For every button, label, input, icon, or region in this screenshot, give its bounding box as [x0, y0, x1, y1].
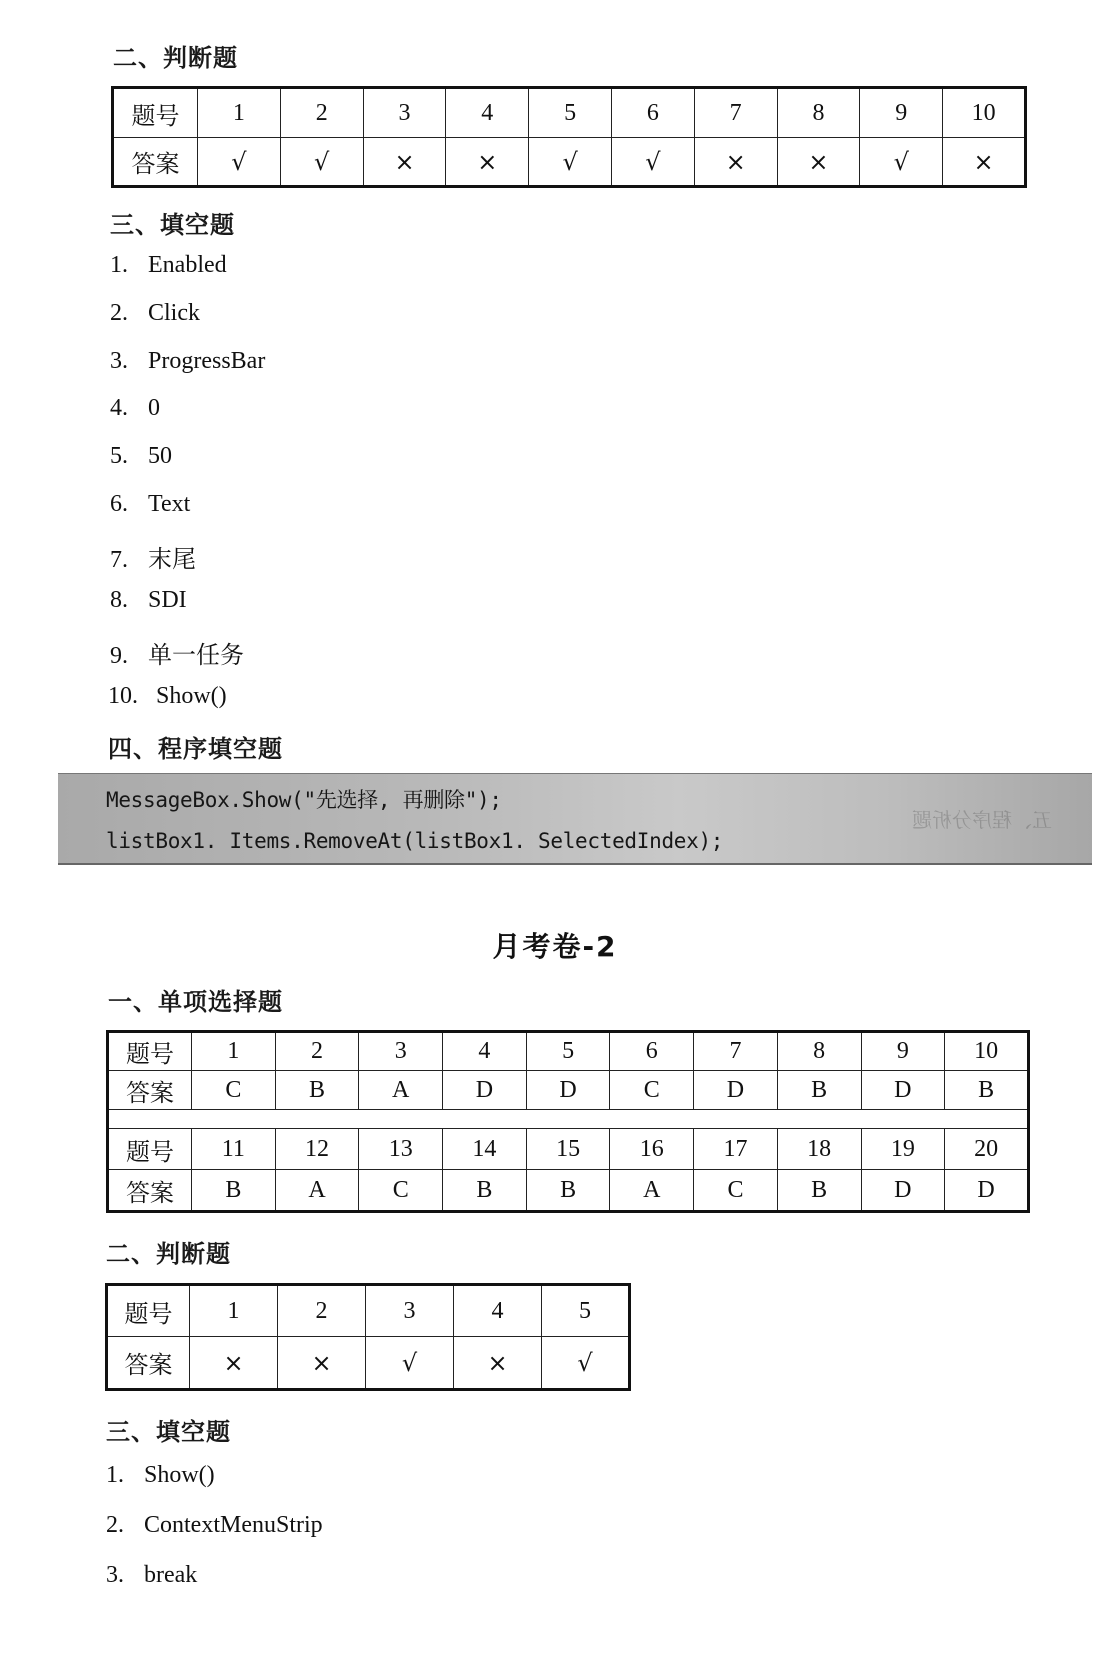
list-item: 3.break	[106, 1562, 197, 1589]
answer-text: SDI	[148, 587, 187, 613]
question-number: 12	[275, 1129, 359, 1170]
answer-mark: ×	[278, 1337, 366, 1390]
table-row-answers: 答案 C B A D D C D B D B	[108, 1071, 1029, 1110]
answer-text: ContextMenuStrip	[144, 1512, 323, 1538]
list-item: 5.50	[110, 443, 172, 470]
list-item: 1.Show()	[106, 1462, 215, 1489]
answer-letter: D	[694, 1071, 778, 1110]
question-number: 6	[611, 88, 694, 138]
code-block: MessageBox.Show("先选择, 再删除"); listBox1. I…	[58, 773, 1092, 865]
single-choice-answer-table: 题号 1 2 3 4 5 6 7 8 9 10 答案 C B A D D C D…	[106, 1030, 1030, 1213]
question-number: 6	[610, 1032, 694, 1071]
row-label: 题号	[113, 88, 198, 138]
answer-letter: C	[359, 1170, 443, 1212]
table-row-question-numbers: 题号 1 2 3 4 5	[107, 1285, 630, 1337]
question-number: 4	[454, 1285, 542, 1337]
answer-mark: ×	[454, 1337, 542, 1390]
list-item: 8.SDI	[110, 587, 187, 614]
question-number: 8	[777, 88, 860, 138]
question-number: 2	[275, 1032, 359, 1071]
question-number: 4	[446, 88, 529, 138]
question-number: 15	[526, 1129, 610, 1170]
section-heading-program-fill: 四、程序填空题	[108, 729, 283, 764]
answer-letter: D	[861, 1071, 945, 1110]
answer-letter: D	[443, 1071, 527, 1110]
answer-text: Text	[148, 491, 190, 517]
table-row-question-numbers: 题号 1 2 3 4 5 6 7 8 9 10	[113, 88, 1026, 138]
answer-letter: C	[694, 1170, 778, 1212]
answer-mark: √	[198, 138, 281, 187]
table-row-answers: 答案 × × √ × √	[107, 1337, 630, 1390]
answer-letter: D	[861, 1170, 945, 1212]
list-item: 7.末尾	[110, 539, 196, 574]
answer-mark: ×	[363, 138, 446, 187]
answer-letter: B	[526, 1170, 610, 1212]
answer-mark: ×	[190, 1337, 278, 1390]
list-item: 1.Enabled	[110, 252, 227, 279]
answer-letter: B	[777, 1071, 861, 1110]
question-number: 17	[694, 1129, 778, 1170]
question-number: 5	[542, 1285, 630, 1337]
question-number: 1	[192, 1032, 276, 1071]
answer-mark: ×	[943, 138, 1026, 187]
question-number: 13	[359, 1129, 443, 1170]
question-number: 2	[280, 88, 363, 138]
list-item: 2.Click	[110, 300, 200, 327]
question-number: 2	[278, 1285, 366, 1337]
question-number: 11	[192, 1129, 276, 1170]
section-heading-judgment-1: 二、判断题	[113, 38, 238, 73]
section-heading-fill-blank-2: 三、填空题	[106, 1412, 231, 1447]
question-number: 14	[443, 1129, 527, 1170]
question-number: 10	[945, 1032, 1029, 1071]
question-number: 9	[860, 88, 943, 138]
question-number: 1	[198, 88, 281, 138]
table-row-answers: 答案 √ √ × × √ √ × × √ ×	[113, 138, 1026, 187]
answer-letter: A	[275, 1170, 359, 1212]
list-item: 3.ProgressBar	[110, 348, 265, 375]
row-label: 答案	[107, 1337, 190, 1390]
answer-letter: B	[192, 1170, 276, 1212]
question-number: 19	[861, 1129, 945, 1170]
answer-letter: D	[526, 1071, 610, 1110]
list-item: 6.Text	[110, 491, 190, 518]
row-label: 题号	[108, 1129, 192, 1170]
answer-letter: B	[777, 1170, 861, 1212]
answer-text: 末尾	[148, 547, 196, 573]
answer-letter: A	[610, 1170, 694, 1212]
answer-text: Show()	[144, 1462, 215, 1488]
question-number: 10	[943, 88, 1026, 138]
code-line: MessageBox.Show("先选择, 再删除");	[106, 784, 502, 814]
answer-mark: √	[280, 138, 363, 187]
answer-text: Show()	[156, 683, 227, 709]
answer-text: Click	[148, 300, 200, 326]
question-number: 18	[777, 1129, 861, 1170]
question-number: 8	[777, 1032, 861, 1071]
section-heading-single-choice: 一、单项选择题	[108, 982, 283, 1017]
table-row-question-numbers: 题号 11 12 13 14 15 16 17 18 19 20	[108, 1129, 1029, 1170]
question-number: 9	[861, 1032, 945, 1071]
table-row-answers: 答案 B A C B B A C B D D	[108, 1170, 1029, 1212]
answer-letter: A	[359, 1071, 443, 1110]
spacer-cell	[108, 1110, 1029, 1129]
answer-text: 单一任务	[148, 643, 244, 669]
question-number: 5	[529, 88, 612, 138]
section-heading-judgment-2: 二、判断题	[106, 1234, 231, 1269]
question-number: 16	[610, 1129, 694, 1170]
row-label: 题号	[107, 1285, 190, 1337]
answer-letter: C	[192, 1071, 276, 1110]
list-item: 4.0	[110, 395, 160, 422]
row-label: 答案	[108, 1170, 192, 1212]
answer-mark: ×	[777, 138, 860, 187]
question-number: 3	[366, 1285, 454, 1337]
answer-mark: ×	[446, 138, 529, 187]
bleed-through-text: 五、程序分析题	[912, 804, 1052, 833]
question-number: 4	[443, 1032, 527, 1071]
list-item: 9.单一任务	[110, 635, 244, 670]
question-number: 3	[363, 88, 446, 138]
answer-text: Enabled	[148, 252, 227, 278]
question-number: 1	[190, 1285, 278, 1337]
answer-letter: C	[610, 1071, 694, 1110]
answer-letter: B	[945, 1071, 1029, 1110]
section-heading-fill-blank-1: 三、填空题	[110, 205, 235, 240]
table-spacer-row	[108, 1110, 1029, 1129]
answer-mark: ×	[694, 138, 777, 187]
question-number: 20	[945, 1129, 1029, 1170]
judgment-answer-table-1: 题号 1 2 3 4 5 6 7 8 9 10 答案 √ √ × × √ √ ×…	[111, 86, 1027, 188]
answer-text: 50	[148, 443, 172, 469]
table-row-question-numbers: 题号 1 2 3 4 5 6 7 8 9 10	[108, 1032, 1029, 1071]
row-label: 答案	[113, 138, 198, 187]
answer-mark: √	[860, 138, 943, 187]
question-number: 7	[694, 1032, 778, 1071]
page-title: 月考卷-2	[0, 925, 1110, 965]
list-item: 2.ContextMenuStrip	[106, 1512, 323, 1539]
list-item: 10.Show()	[108, 683, 227, 710]
judgment-answer-table-2: 题号 1 2 3 4 5 答案 × × √ × √	[105, 1283, 631, 1391]
answer-letter: B	[275, 1071, 359, 1110]
answer-mark: √	[611, 138, 694, 187]
answer-text: ProgressBar	[148, 348, 265, 374]
answer-letter: B	[443, 1170, 527, 1212]
answer-mark: √	[366, 1337, 454, 1390]
answer-text: 0	[148, 395, 160, 421]
code-line: listBox1. Items.RemoveAt(listBox1. Selec…	[106, 829, 723, 853]
answer-mark: √	[542, 1337, 630, 1390]
question-number: 7	[694, 88, 777, 138]
row-label: 题号	[108, 1032, 192, 1071]
question-number: 3	[359, 1032, 443, 1071]
answer-letter: D	[945, 1170, 1029, 1212]
answer-text: break	[144, 1562, 197, 1588]
question-number: 5	[526, 1032, 610, 1071]
row-label: 答案	[108, 1071, 192, 1110]
answer-mark: √	[529, 138, 612, 187]
